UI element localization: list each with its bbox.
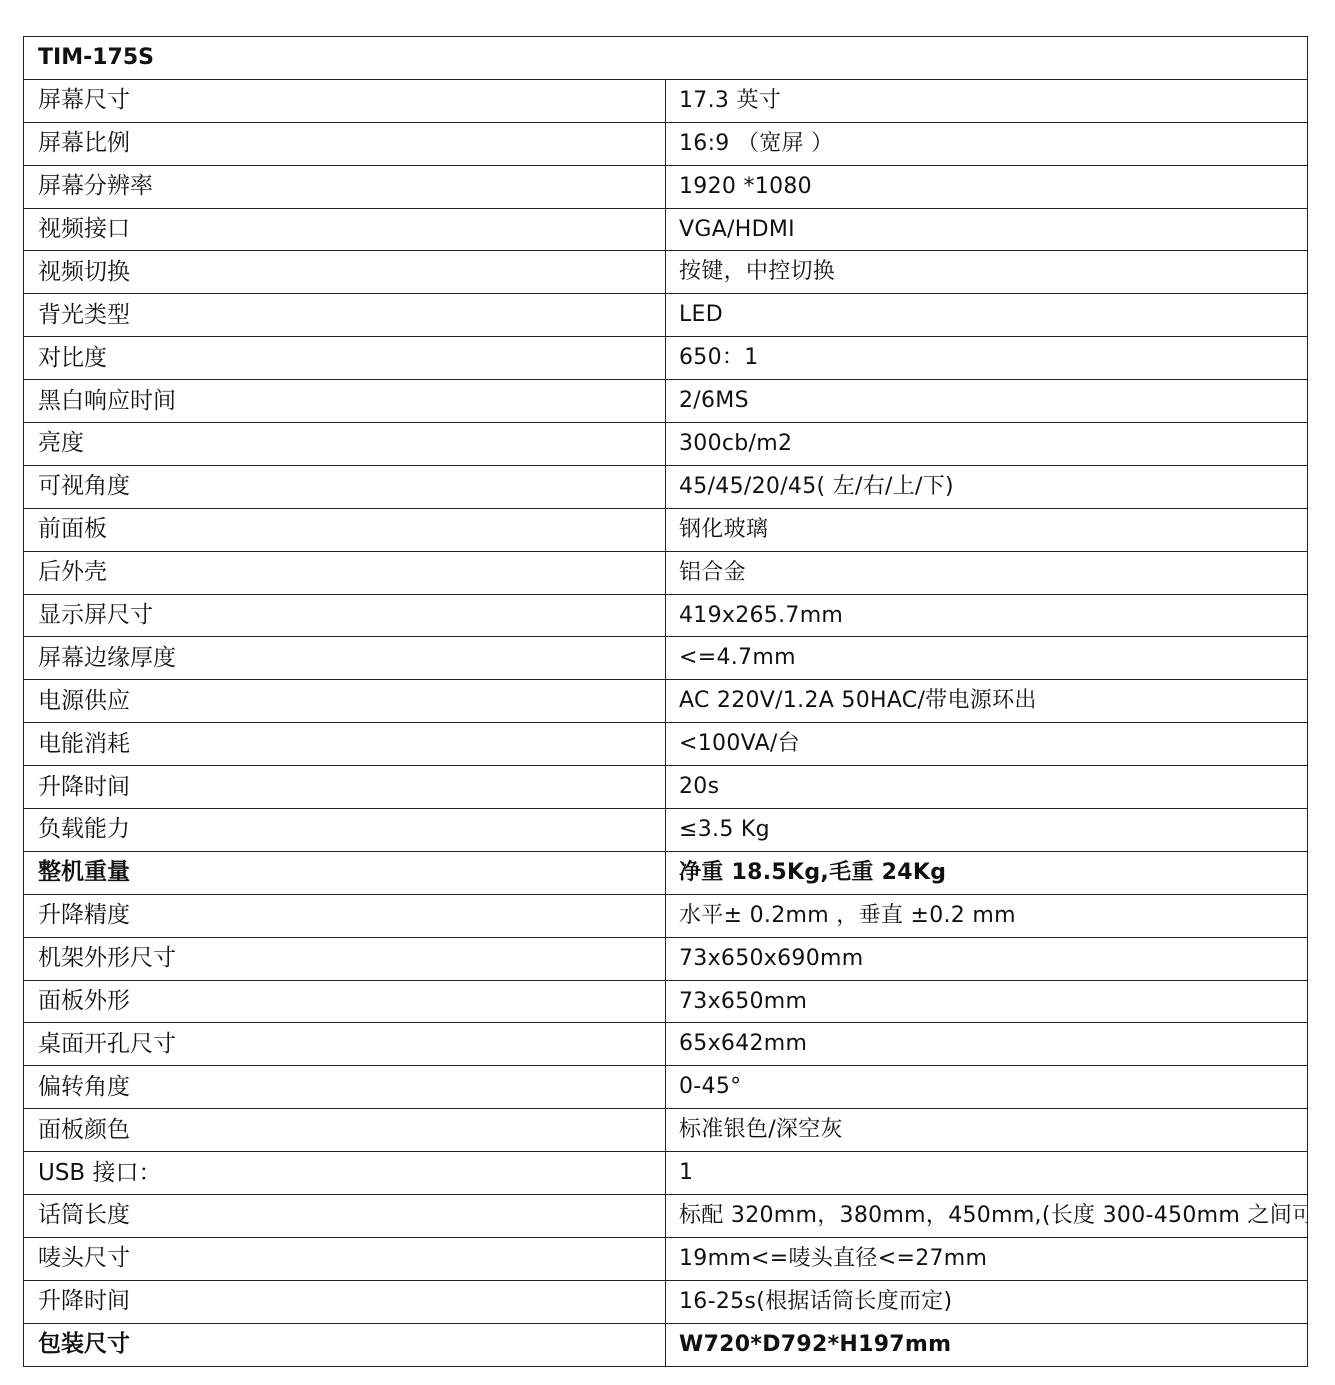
spec-value: 73x650x690mm bbox=[666, 937, 1308, 980]
spec-value: 20s bbox=[666, 766, 1308, 809]
spec-label: 负载能力 bbox=[24, 809, 666, 852]
spec-value: W720*D792*H197mm bbox=[666, 1323, 1308, 1366]
table-row: 前面板钢化玻璃 bbox=[24, 508, 1308, 551]
spec-label: 对比度 bbox=[24, 337, 666, 380]
spec-value: 16:9 （宽屏 ） bbox=[666, 122, 1308, 165]
spec-table: TIM-175S 屏幕尺寸17.3 英寸屏幕比例16:9 （宽屏 ）屏幕分辨率1… bbox=[23, 36, 1308, 1367]
table-row: 升降时间16-25s(根据话筒长度而定) bbox=[24, 1280, 1308, 1323]
spec-value: 1920 *1080 bbox=[666, 165, 1308, 208]
spec-value: 0-45° bbox=[666, 1066, 1308, 1109]
table-row: 视频接口VGA/HDMI bbox=[24, 208, 1308, 251]
table-row: 黑白响应时间2/6MS bbox=[24, 380, 1308, 423]
spec-label: 升降时间 bbox=[24, 1280, 666, 1323]
table-row: 屏幕尺寸17.3 英寸 bbox=[24, 79, 1308, 122]
spec-table-body: TIM-175S 屏幕尺寸17.3 英寸屏幕比例16:9 （宽屏 ）屏幕分辨率1… bbox=[24, 37, 1308, 1367]
spec-label: 可视角度 bbox=[24, 465, 666, 508]
table-row: 电能消耗<100VA/台 bbox=[24, 723, 1308, 766]
spec-label: 面板颜色 bbox=[24, 1109, 666, 1152]
spec-label: 黑白响应时间 bbox=[24, 380, 666, 423]
table-row: 亮度300cb/m2 bbox=[24, 423, 1308, 466]
table-row: 后外壳铝合金 bbox=[24, 551, 1308, 594]
spec-label: 面板外形 bbox=[24, 980, 666, 1023]
spec-value: AC 220V/1.2A 50HAC/带电源环出 bbox=[666, 680, 1308, 723]
spec-value: 2/6MS bbox=[666, 380, 1308, 423]
table-row: 唛头尺寸19mm<=唛头直径<=27mm bbox=[24, 1237, 1308, 1280]
table-row: 电源供应AC 220V/1.2A 50HAC/带电源环出 bbox=[24, 680, 1308, 723]
spec-label: 话筒长度 bbox=[24, 1195, 666, 1238]
table-row: 可视角度45/45/20/45( 左/右/上/下) bbox=[24, 465, 1308, 508]
table-row: 背光类型LED bbox=[24, 294, 1308, 337]
spec-label: 升降时间 bbox=[24, 766, 666, 809]
spec-value: 65x642mm bbox=[666, 1023, 1308, 1066]
table-row: 视频切换按键，中控切换 bbox=[24, 251, 1308, 294]
table-row: 桌面开孔尺寸65x642mm bbox=[24, 1023, 1308, 1066]
spec-label: 桌面开孔尺寸 bbox=[24, 1023, 666, 1066]
table-row: 包装尺寸W720*D792*H197mm bbox=[24, 1323, 1308, 1366]
table-row: 机架外形尺寸73x650x690mm bbox=[24, 937, 1308, 980]
spec-value: 19mm<=唛头直径<=27mm bbox=[666, 1237, 1308, 1280]
spec-label: 电源供应 bbox=[24, 680, 666, 723]
spec-value: 73x650mm bbox=[666, 980, 1308, 1023]
spec-value: 300cb/m2 bbox=[666, 423, 1308, 466]
spec-value: 标准银色/深空灰 bbox=[666, 1109, 1308, 1152]
table-row: 话筒长度标配 320mm，380mm，450mm,(长度 300-450mm 之… bbox=[24, 1195, 1308, 1238]
spec-value: VGA/HDMI bbox=[666, 208, 1308, 251]
spec-label: 唛头尺寸 bbox=[24, 1237, 666, 1280]
spec-value: 1 bbox=[666, 1152, 1308, 1195]
table-row: 屏幕比例16:9 （宽屏 ） bbox=[24, 122, 1308, 165]
spec-label: 屏幕比例 bbox=[24, 122, 666, 165]
table-row: 升降时间20s bbox=[24, 766, 1308, 809]
spec-value: 标配 320mm，380mm，450mm,(长度 300-450mm 之间可定制… bbox=[666, 1195, 1308, 1238]
spec-label: 包装尺寸 bbox=[24, 1323, 666, 1366]
table-row: 偏转角度0-45° bbox=[24, 1066, 1308, 1109]
table-row: 面板颜色标准银色/深空灰 bbox=[24, 1109, 1308, 1152]
spec-label: 偏转角度 bbox=[24, 1066, 666, 1109]
table-row: 整机重量净重 18.5Kg,毛重 24Kg bbox=[24, 851, 1308, 894]
spec-value: 钢化玻璃 bbox=[666, 508, 1308, 551]
spec-label: 屏幕尺寸 bbox=[24, 79, 666, 122]
spec-value: 水平± 0.2mm ，垂直 ±0.2 mm bbox=[666, 894, 1308, 937]
table-row: 对比度650：1 bbox=[24, 337, 1308, 380]
spec-value: 45/45/20/45( 左/右/上/下) bbox=[666, 465, 1308, 508]
spec-label: 前面板 bbox=[24, 508, 666, 551]
title-row: TIM-175S bbox=[24, 37, 1308, 80]
table-row: 屏幕边缘厚度<=4.7mm bbox=[24, 637, 1308, 680]
spec-value: LED bbox=[666, 294, 1308, 337]
spec-label: 亮度 bbox=[24, 423, 666, 466]
model-title: TIM-175S bbox=[24, 37, 1308, 80]
spec-label: 屏幕边缘厚度 bbox=[24, 637, 666, 680]
spec-label: 电能消耗 bbox=[24, 723, 666, 766]
spec-value: 按键，中控切换 bbox=[666, 251, 1308, 294]
spec-value: 16-25s(根据话筒长度而定) bbox=[666, 1280, 1308, 1323]
spec-value: 铝合金 bbox=[666, 551, 1308, 594]
spec-value: 650：1 bbox=[666, 337, 1308, 380]
table-row: 显示屏尺寸419x265.7mm bbox=[24, 594, 1308, 637]
spec-label: 屏幕分辨率 bbox=[24, 165, 666, 208]
spec-label: 背光类型 bbox=[24, 294, 666, 337]
spec-value: <100VA/台 bbox=[666, 723, 1308, 766]
spec-label: USB 接口： bbox=[24, 1152, 666, 1195]
spec-label: 整机重量 bbox=[24, 851, 666, 894]
spec-label: 视频接口 bbox=[24, 208, 666, 251]
spec-value: <=4.7mm bbox=[666, 637, 1308, 680]
table-row: 面板外形73x650mm bbox=[24, 980, 1308, 1023]
table-row: 负载能力≤3.5 Kg bbox=[24, 809, 1308, 852]
spec-value: ≤3.5 Kg bbox=[666, 809, 1308, 852]
table-row: 升降精度水平± 0.2mm ，垂直 ±0.2 mm bbox=[24, 894, 1308, 937]
spec-value: 17.3 英寸 bbox=[666, 79, 1308, 122]
spec-value: 419x265.7mm bbox=[666, 594, 1308, 637]
spec-label: 机架外形尺寸 bbox=[24, 937, 666, 980]
spec-label: 后外壳 bbox=[24, 551, 666, 594]
table-row: 屏幕分辨率1920 *1080 bbox=[24, 165, 1308, 208]
spec-value: 净重 18.5Kg,毛重 24Kg bbox=[666, 851, 1308, 894]
spec-label: 显示屏尺寸 bbox=[24, 594, 666, 637]
spec-label: 升降精度 bbox=[24, 894, 666, 937]
spec-label: 视频切换 bbox=[24, 251, 666, 294]
table-row: USB 接口：1 bbox=[24, 1152, 1308, 1195]
